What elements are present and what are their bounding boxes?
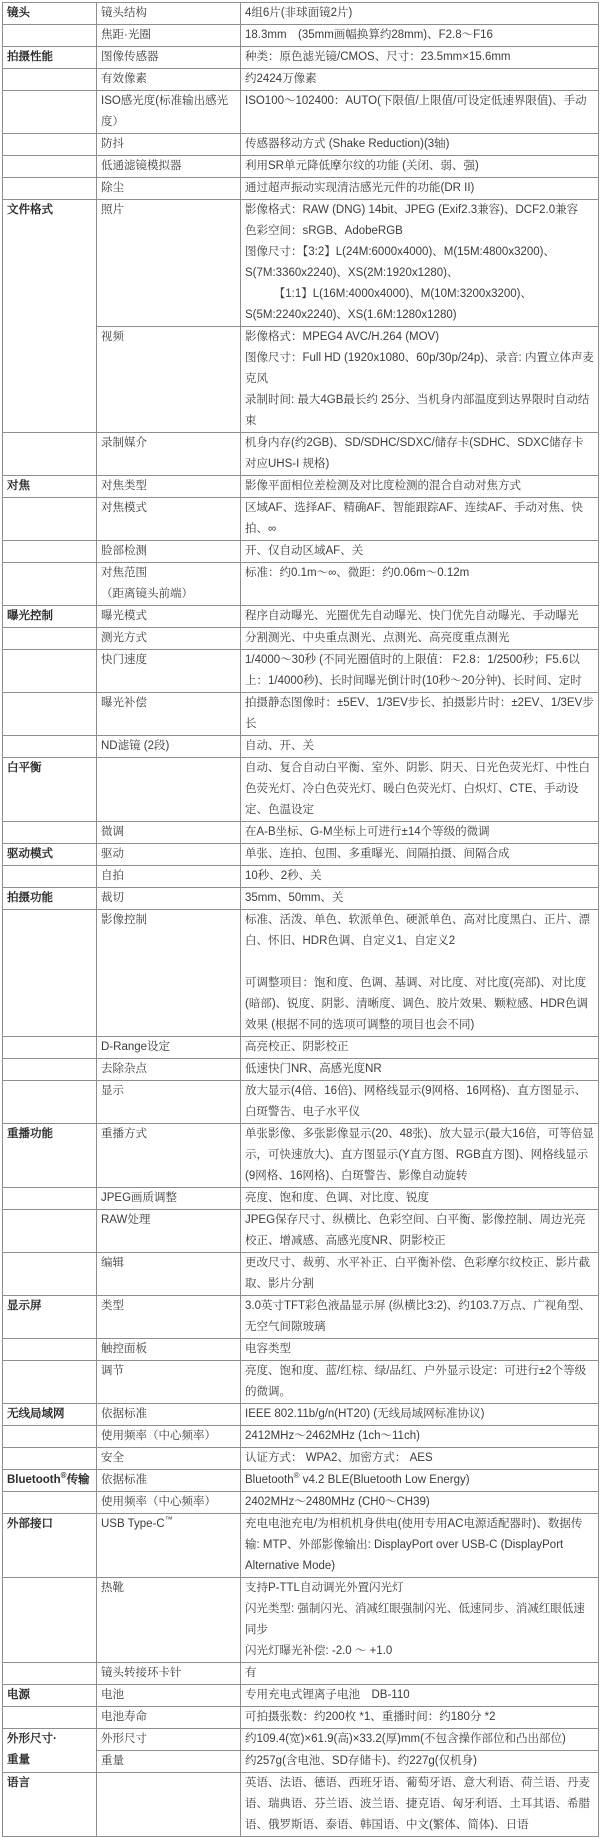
item-cell: D-Range设定 — [97, 1037, 241, 1059]
item-cell: 图像传感器 — [97, 47, 241, 69]
category-cell: 镜头 — [3, 3, 97, 25]
spec-row: 调节亮度、饱和度、蓝/红棕、绿/品红、户外显示设定：可进行±2个等级的微调。 — [3, 1361, 599, 1404]
value-cell: JPEG保存尺寸、纵横比、色彩空间、白平衡、影像控制、周边光亮校正、增减感、高感… — [241, 1210, 599, 1253]
item-cell: 影像控制 — [97, 910, 241, 1037]
value-cell: 分割测光、中央重点测光、点测光、高亮度重点测光 — [241, 628, 599, 650]
spec-row: ND滤镜 (2段)自动、开、关 — [3, 736, 599, 758]
item-cell: 镜头转接环卡针 — [97, 1663, 241, 1685]
spec-row: 防抖传感器移动方式 (Shake Reduction)(3轴) — [3, 134, 599, 156]
value-cell: 自动、复合自动白平衡、室外、阴影、阴天、日光色荧光灯、中性白色荧光灯、冷白色荧光… — [241, 758, 599, 822]
spec-row: 电源电池专用充电式锂离子电池 DB-110 — [3, 1685, 599, 1707]
spec-row: 电池寿命可拍摄张数：约200枚 *1、重播时间：约180分 *2 — [3, 1707, 599, 1729]
value-cell: 英语、法语、德语、西班牙语、葡萄牙语、意大利语、荷兰语、丹麦语、瑞典语、芬兰语、… — [241, 1773, 599, 1837]
category-cell: Bluetooth®传输 — [3, 1470, 97, 1492]
category-cell — [3, 1059, 97, 1081]
item-cell: 微调 — [97, 822, 241, 844]
value-cell: 支持P-TTL自动调光外置闪光灯 闪光类型: 强制闪光、消减红眼强制闪光、低速同… — [241, 1578, 599, 1663]
category-cell — [3, 433, 97, 476]
spec-row: 驱动模式驱动单张、连拍、包围、多重曝光、间隔拍摄、间隔合成 — [3, 844, 599, 866]
category-cell — [3, 910, 97, 1037]
value-cell: 单张影像、多张影像显示(20、48张)、放大显示(最大16倍，可等倍显示，可快速… — [241, 1124, 599, 1188]
item-cell: 焦距·光圈 — [97, 25, 241, 47]
item-cell: 编辑 — [97, 1253, 241, 1296]
item-cell: ND滤镜 (2段) — [97, 736, 241, 758]
spec-row: 编辑更改尺寸、裁剪、水平补正、白平衡补偿、色彩摩尔纹校正、影片截取、影片分割 — [3, 1253, 599, 1296]
spec-row: 使用频率（中心频率）2402MHz～2480MHz (CH0～CH39) — [3, 1492, 599, 1514]
category-cell — [3, 822, 97, 844]
item-cell: ISO感光度(标准输出感光度） — [97, 91, 241, 134]
category-cell — [3, 1448, 97, 1470]
spec-row: 测光方式分割测光、中央重点测光、点测光、高亮度重点测光 — [3, 628, 599, 650]
spec-row: Bluetooth®传输依据标准Bluetooth® v4.2 BLE(Blue… — [3, 1470, 599, 1492]
spec-row: RAW处理JPEG保存尺寸、纵横比、色彩空间、白平衡、影像控制、周边光亮校正、增… — [3, 1210, 599, 1253]
value-cell: 有 — [241, 1663, 599, 1685]
category-cell — [3, 69, 97, 91]
spec-row: 显示放大显示(4倍、16倍)、网格线显示(9网格、16网格)、直方图显示、白斑警… — [3, 1081, 599, 1124]
category-cell — [3, 91, 97, 134]
spec-row: 录制媒介机身内存(约2GB)、SD/SDHC/SDXC/储存卡(SDHC、SDX… — [3, 433, 599, 476]
item-cell: 热靴 — [97, 1578, 241, 1663]
spec-row: 脸部检测开、仅自动区域AF、关 — [3, 541, 599, 563]
value-cell: IEEE 802.11b/g/n(HT20) (无线局域网标准协议) — [241, 1404, 599, 1426]
spec-row: 语言英语、法语、德语、西班牙语、葡萄牙语、意大利语、荷兰语、丹麦语、瑞典语、芬兰… — [3, 1773, 599, 1837]
category-cell — [3, 1037, 97, 1059]
value-cell: 高亮校正、阴影校正 — [241, 1037, 599, 1059]
category-cell — [3, 1707, 97, 1729]
spec-row: 自拍10秒、2秒、关 — [3, 866, 599, 888]
spec-row: 除尘通过超声振动实现清洁感光元件的功能(DR II) — [3, 178, 599, 200]
item-cell: 录制媒介 — [97, 433, 241, 476]
value-cell: 标准：约0.1m～∞、微距：约0.06m～0.12m — [241, 563, 599, 606]
trademark-icon: ™ — [165, 1515, 173, 1524]
value-cell: 18.3mm (35mm画幅换算约28mm)、F2.8～F16 — [241, 25, 599, 47]
item-cell: 视频 — [97, 327, 241, 433]
spec-row: 有效像素约2424万像素 — [3, 69, 599, 91]
category-cell: 外部接口 — [3, 1514, 97, 1578]
value-cell: 亮度、饱和度、色调、对比度、锐度 — [241, 1188, 599, 1210]
category-cell — [3, 498, 97, 541]
category-cell — [3, 693, 97, 736]
item-cell: 曝光模式 — [97, 606, 241, 628]
value-cell: 拍摄静态图像时：±5EV、1/3EV步长、拍摄影片时：±2EV、1/3EV步长 — [241, 693, 599, 736]
camera-spec-table: 镜头镜头结构4组6片(非球面镜2片)焦距·光圈18.3mm (35mm画幅换算约… — [2, 2, 599, 1837]
value-cell: 影像格式：MPEG4 AVC/H.264 (MOV) 图像尺寸：Full HD … — [241, 327, 599, 433]
value-cell: Bluetooth® v4.2 BLE(Bluetooth Low Energy… — [241, 1470, 599, 1492]
category-cell — [3, 134, 97, 156]
category-cell — [3, 178, 97, 200]
category-cell — [3, 156, 97, 178]
item-cell: 依据标准 — [97, 1404, 241, 1426]
item-cell — [97, 758, 241, 822]
value-cell: 种类：原色滤光镜/CMOS、尺寸：23.5mm×15.6mm — [241, 47, 599, 69]
spec-row: D-Range设定高亮校正、阴影校正 — [3, 1037, 599, 1059]
item-cell: 对焦范围 （距离镜头前端） — [97, 563, 241, 606]
spec-row: 外部接口USB Type-C™充电电池充电/为相机机身供电(使用专用AC电源适配… — [3, 1514, 599, 1578]
category-cell — [3, 1188, 97, 1210]
category-cell: 语言 — [3, 1773, 97, 1837]
registered-mark-icon: ® — [61, 1471, 67, 1480]
spec-row: 影像控制标准、活泼、单色、软派单色、硬派单色、高对比度黑白、正片、漂白、怀旧、H… — [3, 910, 599, 1037]
value-cell: 专用充电式锂离子电池 DB-110 — [241, 1685, 599, 1707]
spec-row: 对焦对焦类型影像平面相位差检测及对比度检测的混合自动对焦方式 — [3, 476, 599, 498]
value-cell: 利用SR单元降低摩尔纹的功能 (关闭、弱、强) — [241, 156, 599, 178]
category-cell — [3, 1210, 97, 1253]
item-cell: 依据标准 — [97, 1470, 241, 1492]
spec-row: 无线局域网依据标准IEEE 802.11b/g/n(HT20) (无线局域网标准… — [3, 1404, 599, 1426]
value-cell: 约257g(含电池、SD存储卡)、约227g(仅机身) — [241, 1751, 599, 1773]
item-cell — [97, 1773, 241, 1837]
category-cell — [3, 650, 97, 693]
spec-row: 热靴支持P-TTL自动调光外置闪光灯 闪光类型: 强制闪光、消减红眼强制闪光、低… — [3, 1578, 599, 1663]
item-cell: 脸部检测 — [97, 541, 241, 563]
spec-row: 镜头转接环卡针有 — [3, 1663, 599, 1685]
value-cell: 约109.4(宽)×61.9(高)×33.2(厚)mm(不包含操作部位和凸出部位… — [241, 1729, 599, 1751]
item-cell: 重播方式 — [97, 1124, 241, 1188]
category-cell — [3, 1081, 97, 1124]
value-cell: 2412MHz～2462MHz (1ch～11ch) — [241, 1426, 599, 1448]
spec-row: 重播功能重播方式单张影像、多张影像显示(20、48张)、放大显示(最大16倍，可… — [3, 1124, 599, 1188]
value-cell: 低速快门NR、高感光度NR — [241, 1059, 599, 1081]
value-cell: 通过超声振动实现清洁感光元件的功能(DR II) — [241, 178, 599, 200]
item-cell: JPEG画质调整 — [97, 1188, 241, 1210]
value-cell: 35mm、50mm、关 — [241, 888, 599, 910]
item-cell: 去除杂点 — [97, 1059, 241, 1081]
value-cell: 放大显示(4倍、16倍)、网格线显示(9网格、16网格)、直方图显示、白斑警告、… — [241, 1081, 599, 1124]
value-cell: 在A-B坐标、G-M坐标上可进行±14个等级的微调 — [241, 822, 599, 844]
item-cell: 对焦类型 — [97, 476, 241, 498]
category-cell: 电源 — [3, 1685, 97, 1707]
spec-row: ISO感光度(标准输出感光度）ISO100～102400：AUTO(下限值/上限… — [3, 91, 599, 134]
item-cell: RAW处理 — [97, 1210, 241, 1253]
item-cell: 有效像素 — [97, 69, 241, 91]
value-cell: 充电电池充电/为相机机身供电(使用专用AC电源适配器时)、数据传输: MTP、外… — [241, 1514, 599, 1578]
value-cell: ISO100～102400：AUTO(下限值/上限值/可设定低速界限值)、手动 — [241, 91, 599, 134]
value-cell: 约2424万像素 — [241, 69, 599, 91]
category-cell: 拍摄性能 — [3, 47, 97, 69]
spec-row: 微调在A-B坐标、G-M坐标上可进行±14个等级的微调 — [3, 822, 599, 844]
value-cell: 亮度、饱和度、蓝/红棕、绿/品红、户外显示设定：可进行±2个等级的微调。 — [241, 1361, 599, 1404]
value-cell: 影像格式：RAW (DNG) 14bit、JPEG (Exif2.3兼容)、DC… — [241, 200, 599, 327]
spec-row: 触控面板电容类型 — [3, 1339, 599, 1361]
category-cell — [3, 1578, 97, 1663]
value-cell: 开、仅自动区域AF、关 — [241, 541, 599, 563]
category-cell: 驱动模式 — [3, 844, 97, 866]
category-cell — [3, 1253, 97, 1296]
category-cell: 重播功能 — [3, 1124, 97, 1188]
value-cell: 影像平面相位差检测及对比度检测的混合自动对焦方式 — [241, 476, 599, 498]
spec-row: 显示屏类型3.0英寸TFT彩色液晶显示屏 (纵横比3:2)、约103.7万点、广… — [3, 1296, 599, 1339]
category-cell — [3, 1492, 97, 1514]
category-cell: 文件格式 — [3, 200, 97, 433]
category-cell — [3, 1426, 97, 1448]
value-cell: 2402MHz～2480MHz (CH0～CH39) — [241, 1492, 599, 1514]
spec-row: 拍摄功能裁切35mm、50mm、关 — [3, 888, 599, 910]
item-cell: 镜头结构 — [97, 3, 241, 25]
item-cell: 对焦模式 — [97, 498, 241, 541]
category-cell — [3, 25, 97, 47]
category-cell — [3, 541, 97, 563]
category-cell: 外形尺寸· 重量 — [3, 1729, 97, 1773]
spec-table-body: 镜头镜头结构4组6片(非球面镜2片)焦距·光圈18.3mm (35mm画幅换算约… — [3, 3, 599, 1837]
item-cell: 快门速度 — [97, 650, 241, 693]
value-cell: 4组6片(非球面镜2片) — [241, 3, 599, 25]
category-cell — [3, 1663, 97, 1685]
item-cell: 自拍 — [97, 866, 241, 888]
item-cell: 显示 — [97, 1081, 241, 1124]
value-cell: 单张、连拍、包围、多重曝光、间隔拍摄、间隔合成 — [241, 844, 599, 866]
category-cell — [3, 628, 97, 650]
value-cell: 3.0英寸TFT彩色液晶显示屏 (纵横比3:2)、约103.7万点、广视角型、无… — [241, 1296, 599, 1339]
value-cell: 自动、开、关 — [241, 736, 599, 758]
spec-row: 对焦范围 （距离镜头前端）标准：约0.1m～∞、微距：约0.06m～0.12m — [3, 563, 599, 606]
spec-row: 曝光控制曝光模式程序自动曝光、光圈优先自动曝光、快门优先自动曝光、手动曝光 — [3, 606, 599, 628]
item-cell: 裁切 — [97, 888, 241, 910]
spec-row: 去除杂点低速快门NR、高感光度NR — [3, 1059, 599, 1081]
spec-row: 低通滤镜模拟器利用SR单元降低摩尔纹的功能 (关闭、弱、强) — [3, 156, 599, 178]
registered-mark-icon: ® — [294, 1471, 300, 1480]
category-cell — [3, 736, 97, 758]
item-cell: 使用频率（中心频率） — [97, 1426, 241, 1448]
value-cell: 程序自动曝光、光圈优先自动曝光、快门优先自动曝光、手动曝光 — [241, 606, 599, 628]
item-cell: 外形尺寸 — [97, 1729, 241, 1751]
value-cell: 电容类型 — [241, 1339, 599, 1361]
spec-row: 拍摄性能图像传感器种类：原色滤光镜/CMOS、尺寸：23.5mm×15.6mm — [3, 47, 599, 69]
spec-row: 文件格式照片影像格式：RAW (DNG) 14bit、JPEG (Exif2.3… — [3, 200, 599, 327]
category-cell: 对焦 — [3, 476, 97, 498]
item-cell: 低通滤镜模拟器 — [97, 156, 241, 178]
value-cell: 认证方式： WPA2、加密方式： AES — [241, 1448, 599, 1470]
category-cell — [3, 563, 97, 606]
spec-row: 外形尺寸· 重量外形尺寸约109.4(宽)×61.9(高)×33.2(厚)mm(… — [3, 1729, 599, 1751]
item-cell: 重量 — [97, 1751, 241, 1773]
item-cell: 调节 — [97, 1361, 241, 1404]
category-cell — [3, 866, 97, 888]
category-cell: 无线局域网 — [3, 1404, 97, 1426]
item-cell: 驱动 — [97, 844, 241, 866]
value-cell: 更改尺寸、裁剪、水平补正、白平衡补偿、色彩摩尔纹校正、影片截取、影片分割 — [241, 1253, 599, 1296]
item-cell: 电池 — [97, 1685, 241, 1707]
item-cell: 曝光补偿 — [97, 693, 241, 736]
spec-row: 焦距·光圈18.3mm (35mm画幅换算约28mm)、F2.8～F16 — [3, 25, 599, 47]
spec-row: 使用频率（中心频率）2412MHz～2462MHz (1ch～11ch) — [3, 1426, 599, 1448]
item-cell: USB Type-C™ — [97, 1514, 241, 1578]
category-cell — [3, 1339, 97, 1361]
item-cell: 使用频率（中心频率） — [97, 1492, 241, 1514]
spec-row: 白平衡自动、复合自动白平衡、室外、阴影、阴天、日光色荧光灯、中性白色荧光灯、冷白… — [3, 758, 599, 822]
item-cell: 测光方式 — [97, 628, 241, 650]
item-cell: 照片 — [97, 200, 241, 327]
item-cell: 安全 — [97, 1448, 241, 1470]
value-cell: 可拍摄张数：约200枚 *1、重播时间：约180分 *2 — [241, 1707, 599, 1729]
category-cell — [3, 1361, 97, 1404]
item-cell: 类型 — [97, 1296, 241, 1339]
spec-row: 快门速度1/4000～30秒 (不同光圈值时的上限值： F2.8：1/2500秒… — [3, 650, 599, 693]
spec-row: 对焦模式区域AF、选择AF、精确AF、智能跟踪AF、连续AF、手动对焦、快拍、∞ — [3, 498, 599, 541]
category-cell: 拍摄功能 — [3, 888, 97, 910]
value-cell: 机身内存(约2GB)、SD/SDHC/SDXC/储存卡(SDHC、SDXC储存卡… — [241, 433, 599, 476]
category-cell: 显示屏 — [3, 1296, 97, 1339]
value-cell: 1/4000～30秒 (不同光圈值时的上限值： F2.8：1/2500秒；F5.… — [241, 650, 599, 693]
item-cell: 防抖 — [97, 134, 241, 156]
spec-row: 安全认证方式： WPA2、加密方式： AES — [3, 1448, 599, 1470]
value-cell: 区域AF、选择AF、精确AF、智能跟踪AF、连续AF、手动对焦、快拍、∞ — [241, 498, 599, 541]
category-cell: 曝光控制 — [3, 606, 97, 628]
value-cell: 传感器移动方式 (Shake Reduction)(3轴) — [241, 134, 599, 156]
value-cell: 标准、活泼、单色、软派单色、硬派单色、高对比度黑白、正片、漂白、怀旧、HDR色调… — [241, 910, 599, 1037]
spec-row: 曝光补偿拍摄静态图像时：±5EV、1/3EV步长、拍摄影片时：±2EV、1/3E… — [3, 693, 599, 736]
item-cell: 电池寿命 — [97, 1707, 241, 1729]
value-cell: 10秒、2秒、关 — [241, 866, 599, 888]
spec-row: JPEG画质调整亮度、饱和度、色调、对比度、锐度 — [3, 1188, 599, 1210]
item-cell: 除尘 — [97, 178, 241, 200]
category-cell: 白平衡 — [3, 758, 97, 822]
item-cell: 触控面板 — [97, 1339, 241, 1361]
spec-row: 镜头镜头结构4组6片(非球面镜2片) — [3, 3, 599, 25]
